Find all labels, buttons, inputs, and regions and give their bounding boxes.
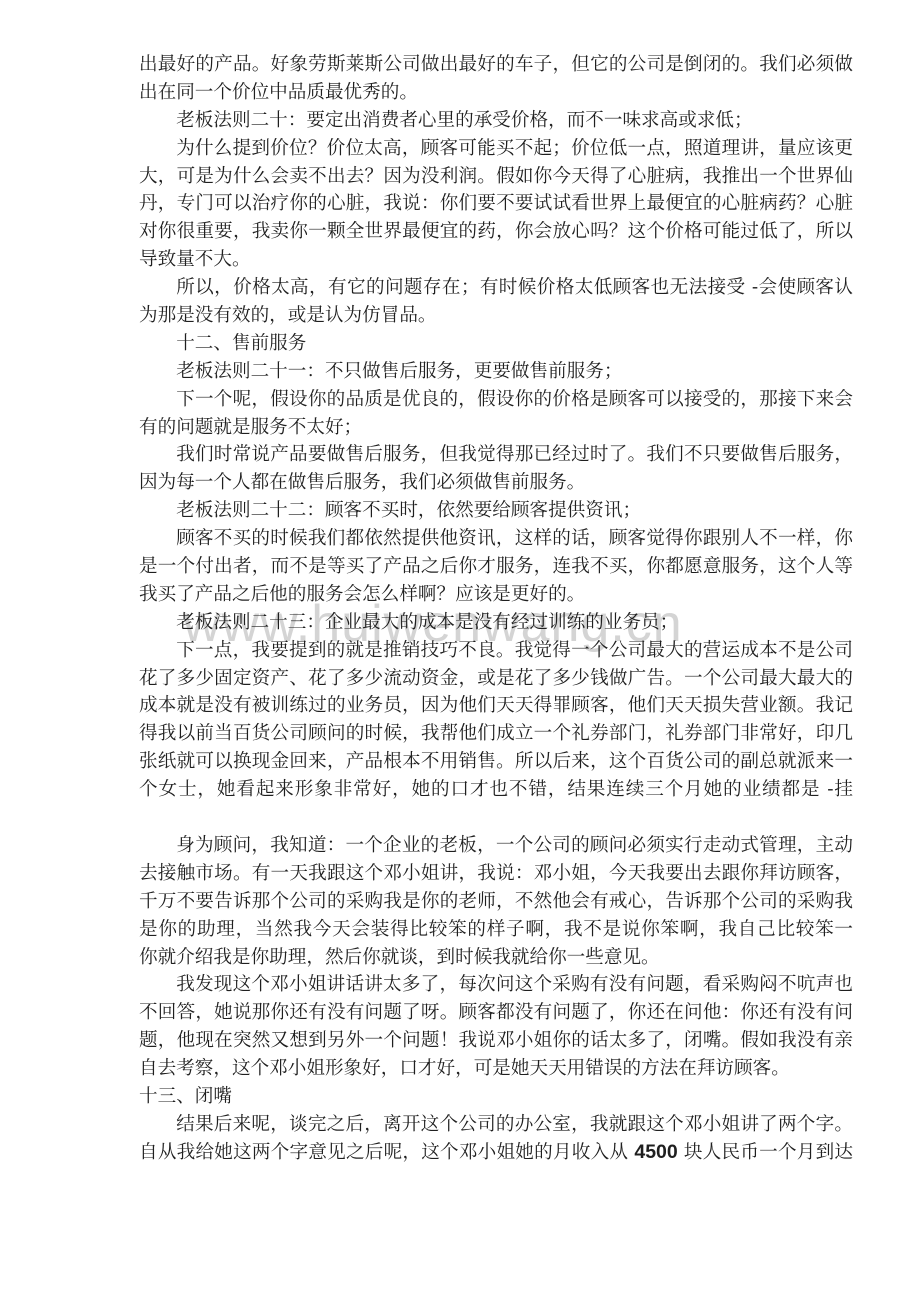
line-text: 顾客不买的时候我们都依然提供他资讯，这样的话，顾客觉得你跟别人不一样，你 [176, 528, 853, 549]
text-line: 所以，价格太高，有它的问题存在；有时候价格太低顾客也无法接受 -会使顾客认 [139, 274, 853, 302]
line-text: 十二、售前服务 [176, 333, 306, 354]
blank-line [139, 804, 853, 832]
document-text: 出最好的产品。好象劳斯莱斯公司做出最好的车子，但它的公司是倒闭的。我们必须做出在… [139, 51, 853, 1167]
line-text: 所以，价格太高，有它的问题存在；有时候价格太低顾客也无法接受 -会使顾客认 [176, 277, 853, 298]
line-text: 个女士，她看起来形象非常好，她的口才也不错，结果连续三个月她的业绩都是 -挂零。 [139, 779, 853, 804]
text-line: 大，可是为什么会卖不出去？因为没利润。假如你今天得了心脏病，我推出一个世界仙 [139, 163, 853, 191]
line-text: 我们时常说产品要做售后服务，但我觉得那已经过时了。我们不只要做售后服务， [176, 444, 853, 465]
line-text: 老板法则二十一：不只做售后服务，更要做售前服务； [176, 361, 622, 382]
line-text: 花了多少固定资产、花了多少流动资金，或是花了多少钱做广告。一个公司最大最大的 [139, 668, 853, 689]
line-text: 大，可是为什么会卖不出去？因为没利润。假如你今天得了心脏病，我推出一个世界仙 [139, 166, 853, 187]
text-line: 出最好的产品。好象劳斯莱斯公司做出最好的车子，但它的公司是倒闭的。我们必须做 [139, 51, 853, 79]
line-text: 导致量不大。 [139, 249, 251, 270]
line-text: 下一个呢，假设你的品质是优良的，假设你的价格是顾客可以接受的，那接下来会 [176, 389, 853, 410]
text-line: 十二、售前服务 [139, 330, 853, 358]
text-line: 千万不要告诉那个公司的采购我是你的老师，不然他会有戒心，告诉那个公司的采购我 [139, 888, 853, 916]
text-line: 结果后来呢，谈完之后，离开这个公司的办公室，我就跟这个邓小姐讲了两个字。 [139, 1111, 853, 1139]
text-line: 得我以前当百货公司顾问的时候，我帮他们成立一个礼券部门，礼券部门非常好，印几 [139, 720, 853, 748]
text-line: 导致量不大。 [139, 246, 853, 274]
text-line: 我买了产品之后他的服务会怎么样啊？应该是更好的。 [139, 581, 853, 609]
line-text: 老板法则二十三：企业最大的成本是没有经过训练的业务员； [176, 612, 678, 633]
text-line: 有的问题就是服务不太好； [139, 414, 853, 442]
line-text: 出在同一个价位中品质最优秀的。 [139, 82, 418, 103]
line-text: 成本就是没有被训练过的业务员，因为他们天天得罪顾客，他们天天损失营业额。我记 [139, 695, 853, 716]
line-text: 你就介绍我是你助理，然后你就谈，到时候我就给你一些意见。 [139, 947, 660, 968]
text-line: 张纸就可以换现金回来，产品根本不用销售。所以后来，这个百货公司的副总就派来一 [139, 748, 853, 776]
line-text: 丹，专门可以治疗你的心脏，我说：你们要不要试试看世界上最便宜的心脏病药？心脏 [139, 193, 853, 214]
line-text: 不回答，她说那你还有没有问题了呀。顾客都没有问题了，你还在问他：你还有没有问 [139, 1002, 853, 1023]
text-line: 下一点，我要提到的就是推销技巧不良。我觉得一个公司最大的营运成本不是公司 [139, 637, 853, 665]
text-line: 成本就是没有被训练过的业务员，因为他们天天得罪顾客，他们天天损失营业额。我记 [139, 692, 853, 720]
line-text: 得我以前当百货公司顾问的时候，我帮他们成立一个礼券部门，礼券部门非常好，印几 [139, 723, 853, 744]
line-text: 有的问题就是服务不太好； [139, 417, 362, 438]
line-text: 为什么提到价位？价位太高，顾客可能买不起；价位低一点，照道理讲，量应该更 [176, 138, 853, 159]
line-text: 是你的助理，当然我今天会装得比较笨的样子啊，我不是说你笨啊，我自己比较笨一点， [139, 919, 853, 944]
text-line: 身为顾问，我知道：一个企业的老板，一个公司的顾问必须实行走动式管理，主动 [139, 832, 853, 860]
line-text: 十三、闭嘴 [139, 1086, 232, 1107]
line-text: 结果后来呢，谈完之后，离开这个公司的办公室，我就跟这个邓小姐讲了两个字。 [176, 1114, 853, 1135]
text-line: 因为每一个人都在做售后服务，我们必须做售前服务。 [139, 469, 853, 497]
text-line: 顾客不买的时候我们都依然提供他资讯，这样的话，顾客觉得你跟别人不一样，你 [139, 525, 853, 553]
text-line: 花了多少固定资产、花了多少流动资金，或是花了多少钱做广告。一个公司最大最大的 [139, 665, 853, 693]
text-line: 我发现这个邓小姐讲话讲太多了，每次问这个采购有没有问题，看采购闷不吭声也 [139, 971, 853, 999]
line-text: 张纸就可以换现金回来，产品根本不用销售。所以后来，这个百货公司的副总就派来一 [139, 751, 853, 772]
line-text: 我发现这个邓小姐讲话讲太多了，每次问这个采购有没有问题，看采购闷不吭声也 [176, 974, 853, 995]
text-line: 对你很重要，我卖你一颗全世界最便宜的药，你会放心吗？这个价格可能过低了，所以 [139, 218, 853, 246]
line-text: 老板法则二十：要定出消费者心里的承受价格，而不一味求高或求低； [176, 110, 752, 131]
text-line: 自从我给她这两个字意见之后呢，这个邓小姐她的月收入从 4500 块人民币一个月到… [139, 1139, 853, 1167]
text-line: 是一个付出者，而不是等买了产品之后你才服务，连我不买，你都愿意服务，这个人等 [139, 553, 853, 581]
line-text: 为那是没有效的，或是认为仿冒品。 [139, 305, 437, 326]
text-line: 老板法则二十三：企业最大的成本是没有经过训练的业务员； [139, 609, 853, 637]
text-line: 老板法则二十一：不只做售后服务，更要做售前服务； [139, 358, 853, 386]
text-line: 是你的助理，当然我今天会装得比较笨的样子啊，我不是说你笨啊，我自己比较笨一点， [139, 916, 853, 944]
line-text: 自去考察，这个邓小姐形象好，口才好，可是她天天用错误的方法在拜访顾客。 [139, 1058, 790, 1079]
text-line: 不回答，她说那你还有没有问题了呀。顾客都没有问题了，你还在问他：你还有没有问 [139, 999, 853, 1027]
text-line: 出在同一个价位中品质最优秀的。 [139, 79, 853, 107]
line-text: 千万不要告诉那个公司的采购我是你的老师，不然他会有戒心，告诉那个公司的采购我 [139, 891, 853, 912]
text-line: 去接触市场。有一天我跟这个邓小姐讲，我说：邓小姐，今天我要出去跟你拜访顾客， [139, 860, 853, 888]
text-line: 十三、闭嘴 [139, 1083, 853, 1111]
inline-number: 4500 [634, 1141, 677, 1163]
line-text: 我买了产品之后他的服务会怎么样啊？应该是更好的。 [139, 584, 585, 605]
text-line: 你就介绍我是你助理，然后你就谈，到时候我就给你一些意见。 [139, 944, 853, 972]
text-line: 为什么提到价位？价位太高，顾客可能买不起；价位低一点，照道理讲，量应该更 [139, 135, 853, 163]
text-line: 老板法则二十二：顾客不买时，依然要给顾客提供资讯； [139, 497, 853, 525]
document-page: www.huiwenwang.cn 出最好的产品。好象劳斯莱斯公司做出最好的车子… [0, 0, 920, 1302]
text-line: 老板法则二十：要定出消费者心里的承受价格，而不一味求高或求低； [139, 107, 853, 135]
text-line: 题，他现在突然又想到另外一个问题！我说邓小姐你的话太多了，闭嘴。假如我没有亲 [139, 1027, 853, 1055]
line-text: 对你很重要，我卖你一颗全世界最便宜的药，你会放心吗？这个价格可能过低了，所以 [139, 221, 853, 242]
text-line: 个女士，她看起来形象非常好，她的口才也不错，结果连续三个月她的业绩都是 -挂零。 [139, 776, 853, 804]
line-text: 题，他现在突然又想到另外一个问题！我说邓小姐你的话太多了，闭嘴。假如我没有亲 [139, 1030, 853, 1051]
text-line: 下一个呢，假设你的品质是优良的，假设你的价格是顾客可以接受的，那接下来会 [139, 386, 853, 414]
line-text: 去接触市场。有一天我跟这个邓小姐讲，我说：邓小姐，今天我要出去跟你拜访顾客， [139, 863, 853, 884]
line-text: 出最好的产品。好象劳斯莱斯公司做出最好的车子，但它的公司是倒闭的。我们必须做 [139, 54, 853, 75]
text-line: 我们时常说产品要做售后服务，但我觉得那已经过时了。我们不只要做售后服务， [139, 441, 853, 469]
text-line: 自去考察，这个邓小姐形象好，口才好，可是她天天用错误的方法在拜访顾客。 [139, 1055, 853, 1083]
text-line: 为那是没有效的，或是认为仿冒品。 [139, 302, 853, 330]
line-text: 因为每一个人都在做售后服务，我们必须做售前服务。 [139, 472, 585, 493]
line-text: 自从我给她这两个字意见之后呢，这个邓小姐她的月收入从 [139, 1142, 634, 1163]
line-text: 是一个付出者，而不是等买了产品之后你才服务，连我不买，你都愿意服务，这个人等 [139, 556, 853, 577]
line-text: 块人民币一个月到达 [678, 1142, 853, 1163]
text-line: 丹，专门可以治疗你的心脏，我说：你们要不要试试看世界上最便宜的心脏病药？心脏 [139, 190, 853, 218]
line-text: 身为顾问，我知道：一个企业的老板，一个公司的顾问必须实行走动式管理，主动 [176, 835, 853, 856]
line-text: 下一点，我要提到的就是推销技巧不良。我觉得一个公司最大的营运成本不是公司 [176, 640, 853, 661]
line-text: 老板法则二十二：顾客不买时，依然要给顾客提供资讯； [176, 500, 641, 521]
